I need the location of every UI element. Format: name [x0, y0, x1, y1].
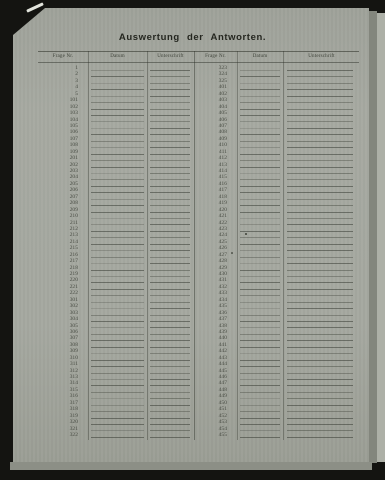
table-right-half: 3233243254014024034044054064074084094104…: [194, 65, 360, 438]
unterschrift-writein-line: [147, 432, 194, 438]
table-row: 322: [38, 432, 194, 438]
ruled-line: [287, 437, 353, 438]
frage-nr-value: 322: [38, 432, 88, 438]
column-header-unterschrift-left: Unterschrift: [147, 52, 194, 62]
frage-nr-value: 455: [194, 432, 237, 438]
column-header-datum-right: Datum: [237, 52, 283, 62]
column-header-frage-nr-left: Frage Nr.: [38, 52, 88, 62]
table-body: 1234510110210310410510610710810920120220…: [38, 65, 360, 438]
page-bottom-edge: [10, 462, 372, 470]
column-header-datum-left: Datum: [88, 52, 147, 62]
page-title: Auswertung der Antworten.: [0, 32, 385, 43]
ruled-line: [150, 437, 190, 438]
page-edge-shadow: [369, 11, 377, 463]
ruled-line: [91, 437, 144, 438]
header-bottom-rule: [38, 62, 359, 63]
answers-table: Frage Nr. Datum Unterschrift Frage Nr. D…: [38, 51, 360, 443]
table-row: 455: [194, 432, 360, 438]
table-header-row: Frage Nr. Datum Unterschrift Frage Nr. D…: [38, 52, 360, 62]
column-header-unterschrift-right: Unterschrift: [283, 52, 360, 62]
scanned-page-background: Auswertung der Antworten. Frage Nr. Datu…: [0, 0, 385, 480]
datum-writein-line: [88, 432, 147, 438]
scan-speck: [245, 233, 247, 235]
column-header-frage-nr-right: Frage Nr.: [194, 52, 237, 62]
ruled-line: [240, 437, 280, 438]
unterschrift-writein-line: [283, 432, 360, 438]
underlying-page-edge: [377, 13, 385, 462]
table-left-half: 1234510110210310410510610710810920120220…: [38, 65, 194, 438]
datum-writein-line: [237, 432, 283, 438]
scan-speck: [231, 252, 233, 254]
